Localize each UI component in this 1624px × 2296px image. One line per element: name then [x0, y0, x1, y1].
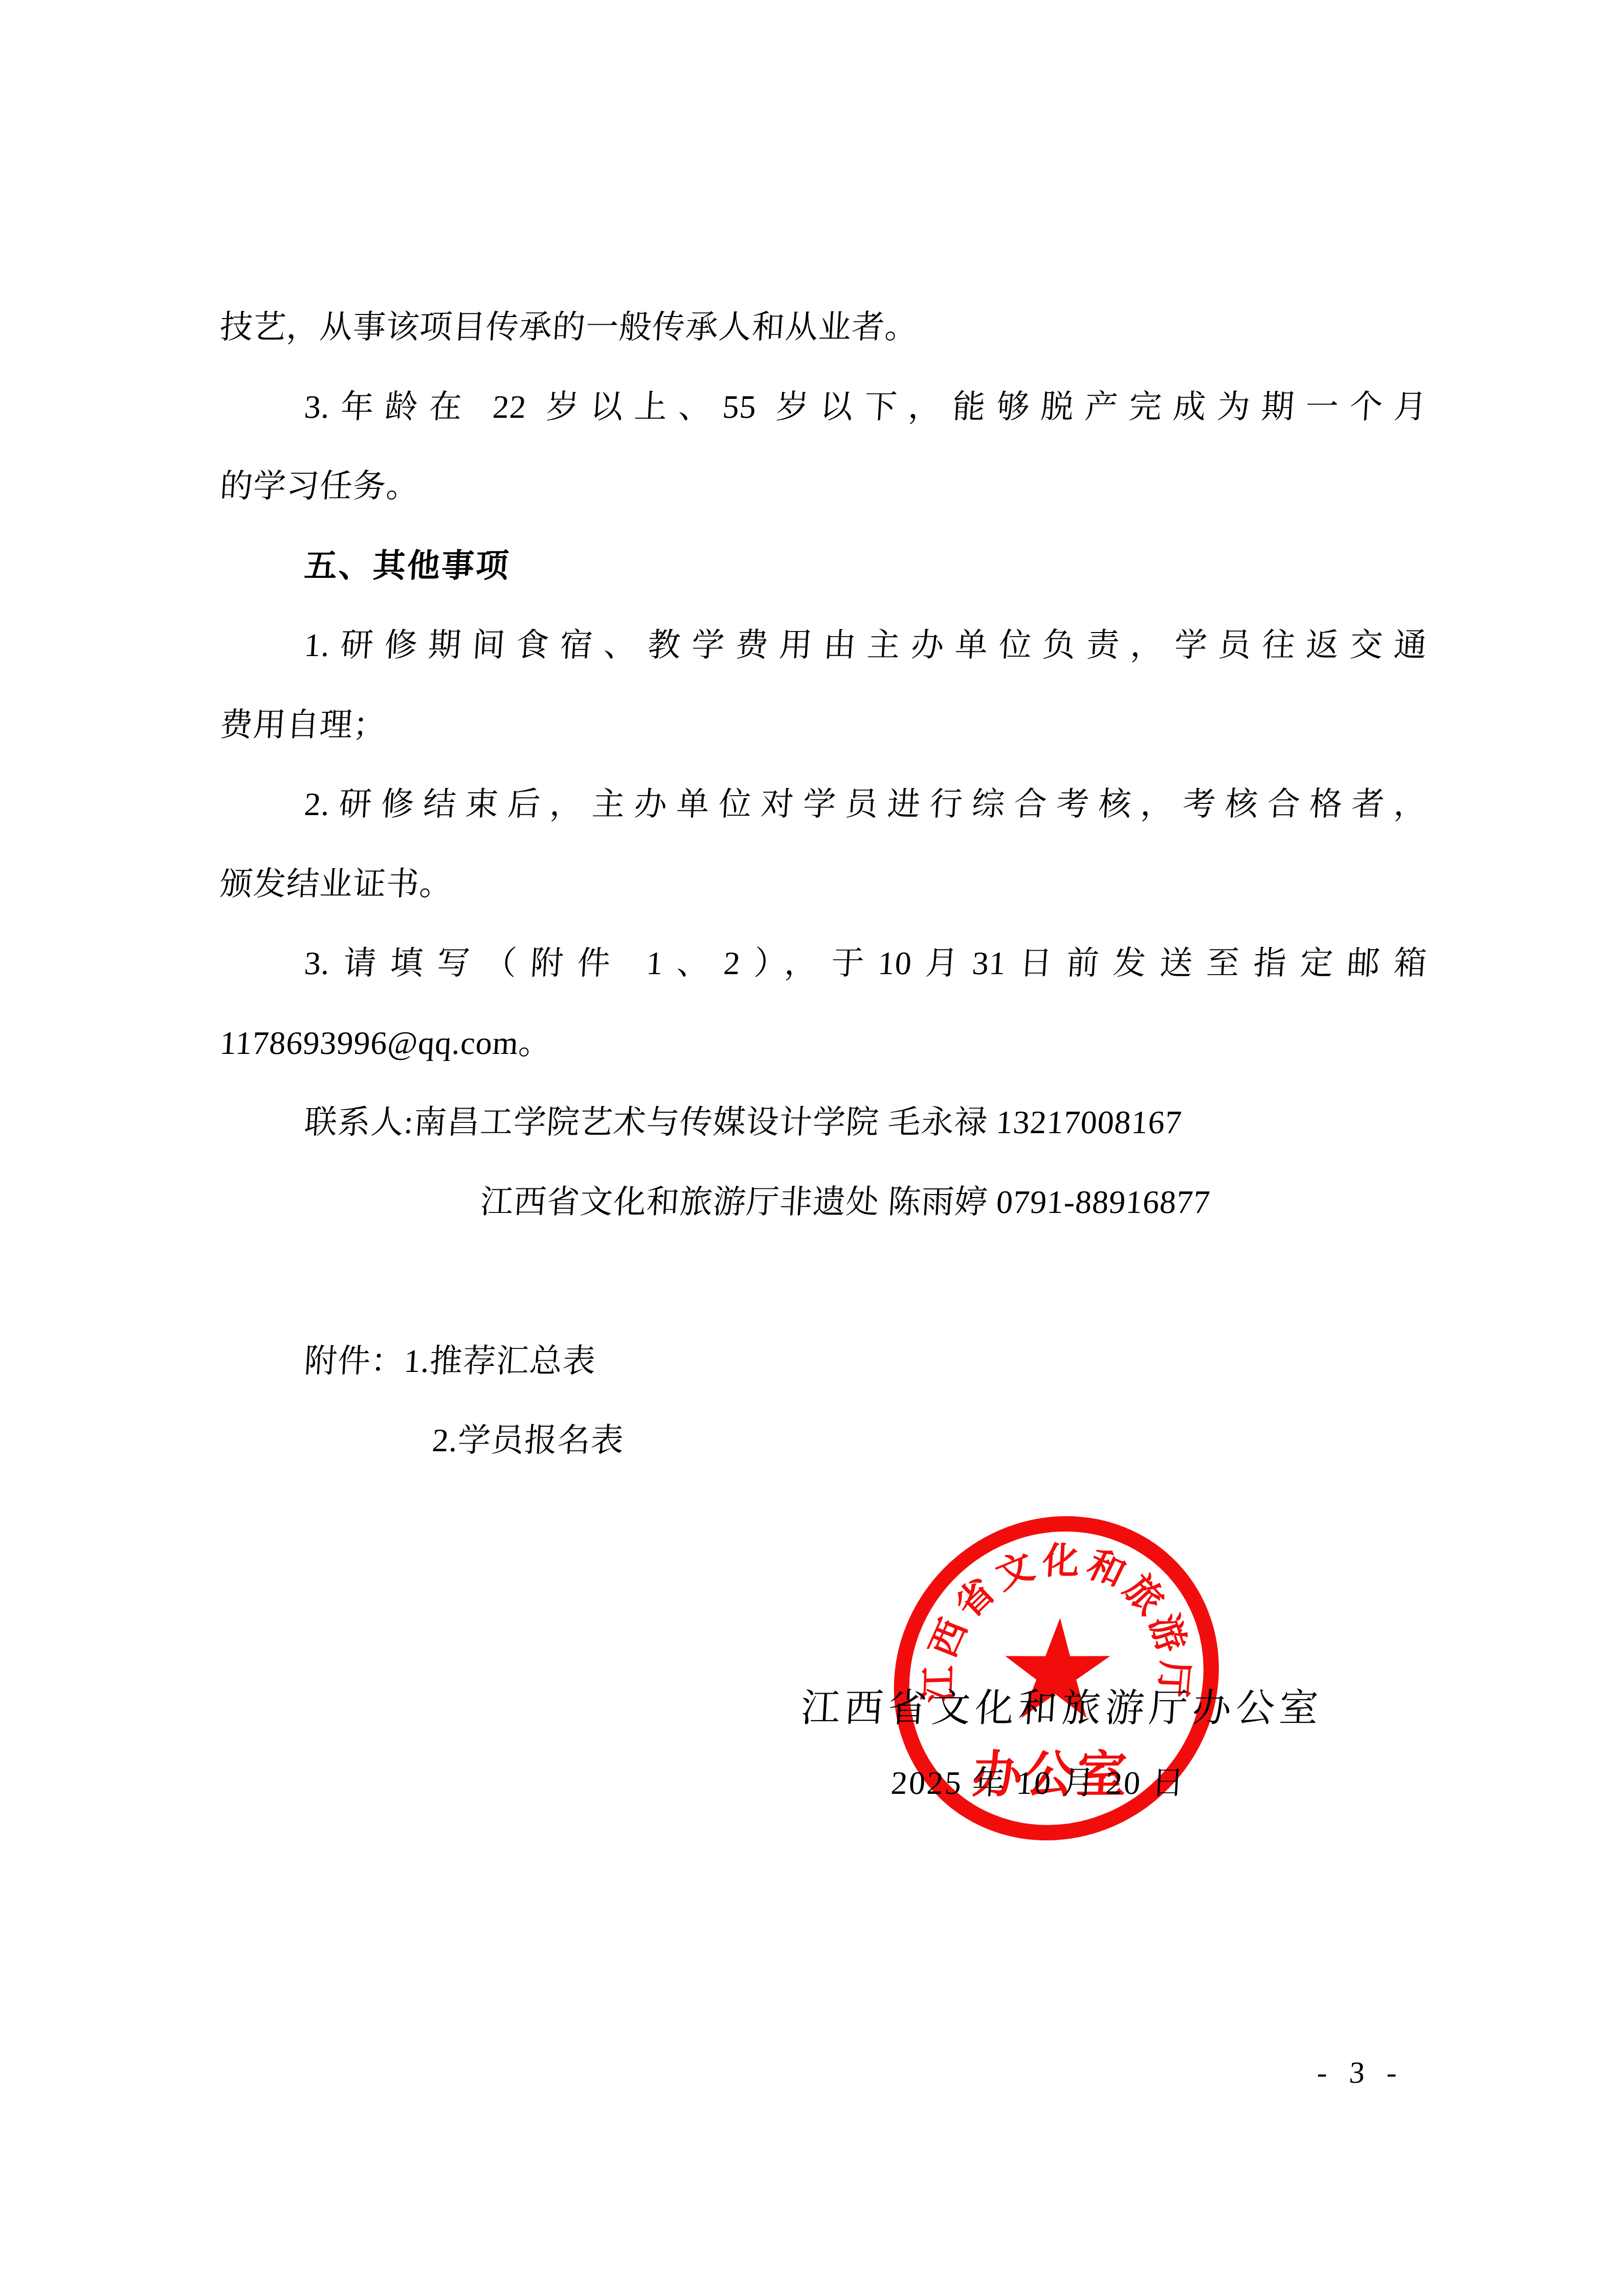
attachment-line: 2.学员报名表: [217, 1401, 1430, 1480]
document-line: 3.年龄在 22 岁以上、55 岁以下，能够脱产完成为期一个月: [217, 367, 1430, 447]
seal-star-icon: [1002, 1618, 1113, 1718]
document-line: 颁发结业证书。: [217, 844, 1430, 924]
contact-line: 江西省文化和旅游厅非遗处 陈雨婷 0791-88916877: [217, 1162, 1430, 1242]
page-number: - 3 -: [1316, 2056, 1405, 2089]
document-line: 的学习任务。: [217, 446, 1430, 526]
document-line: 2.研修结束后，主办单位对学员进行综合考核，考核合格者，: [217, 764, 1430, 844]
document-line: 1.研修期间食宿、教学费用由主办单位负责，学员往返交通: [217, 605, 1430, 685]
document-sheet: 技艺，从事该项目传承的一般传承人和从业者。 3.年龄在 22 岁以上、55 岁以…: [0, 0, 1624, 2296]
attachment-line: 附件：1.推荐汇总表: [217, 1321, 1430, 1401]
document-line: 3.请填写（附件 1、2），于10月31日前发送至指定邮箱: [217, 924, 1430, 1003]
document-line: 技艺，从事该项目传承的一般传承人和从业者。: [217, 287, 1430, 367]
section-heading: 五、其他事项: [217, 526, 1430, 606]
document-line: 费用自理；: [217, 685, 1430, 765]
contact-line: 联系人:南昌工学院艺术与传媒设计学院 毛永禄 13217008167: [217, 1083, 1430, 1162]
contact-email: 1178693996@qq.com。: [217, 1003, 1430, 1083]
body-text: 技艺，从事该项目传承的一般传承人和从业者。 3.年龄在 22 岁以上、55 岁以…: [220, 287, 1427, 1480]
official-seal: 江西省文化和旅游厅 办公室: [880, 1515, 1233, 1847]
seal-bottom-text: 办公室: [970, 1748, 1130, 1803]
